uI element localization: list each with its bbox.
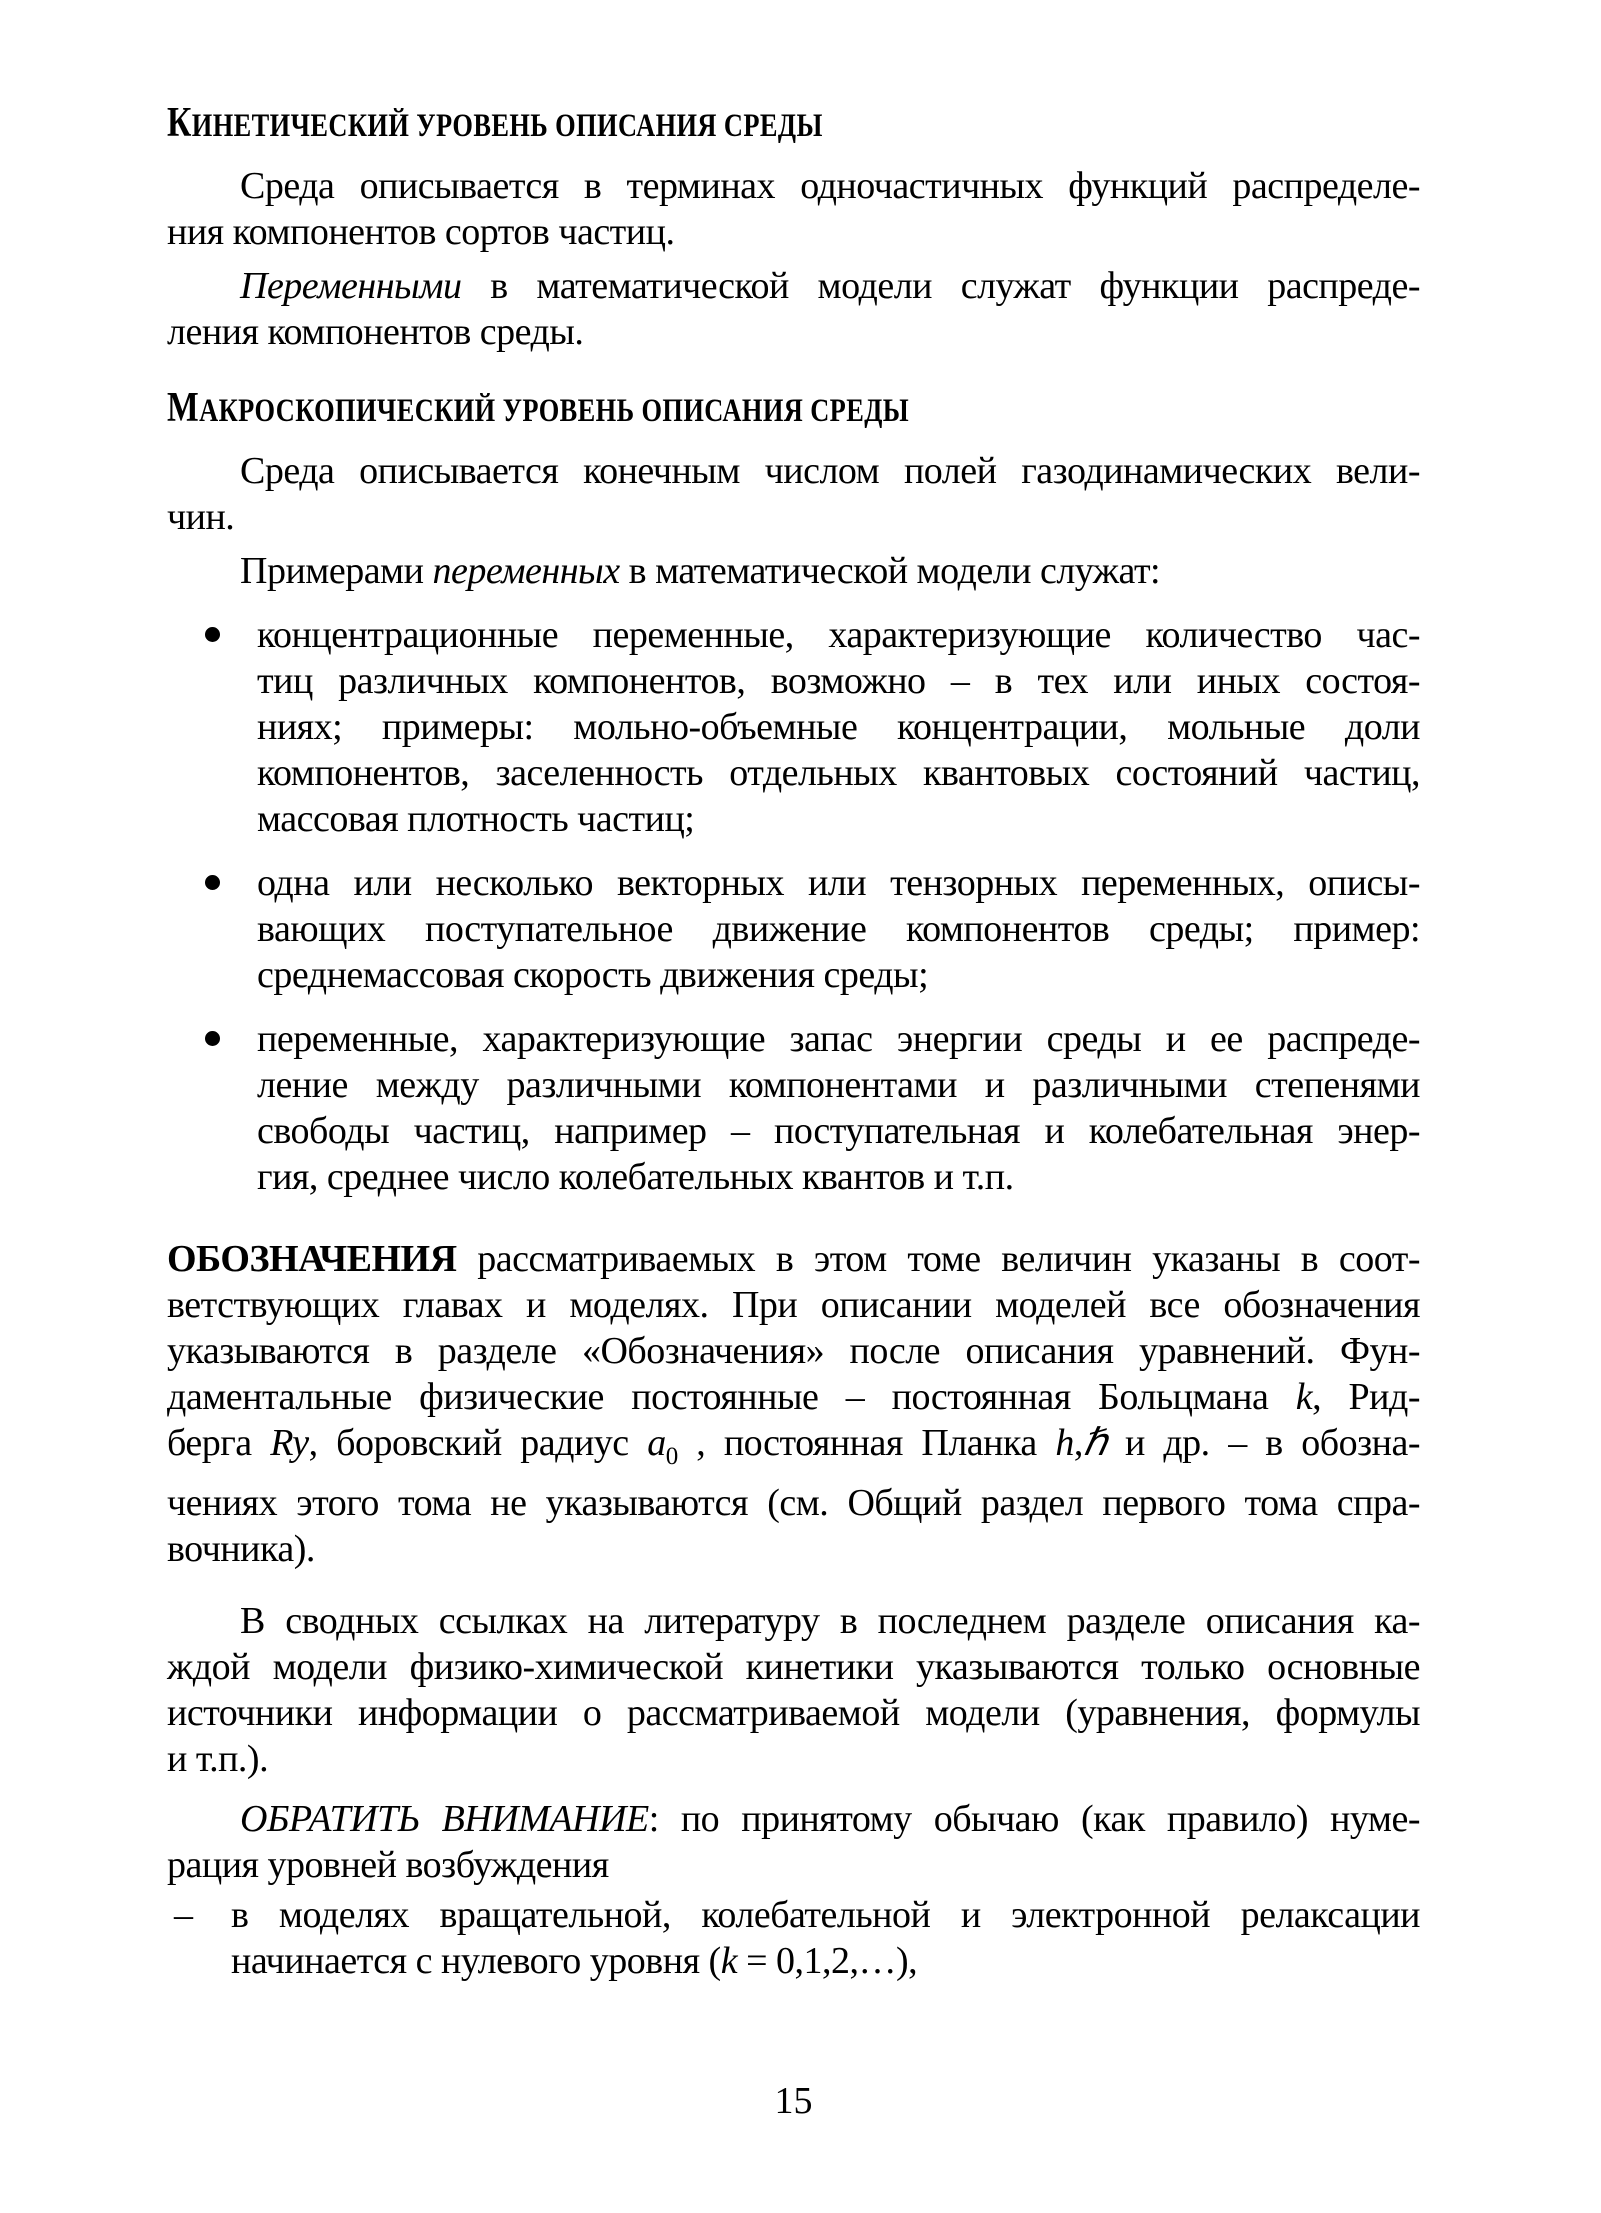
text-line: источники информации о рассматриваемой м… <box>167 1690 1420 1736</box>
text-line: вочника). <box>167 1526 1420 1572</box>
text-segment: рассматриваемых в этом томе величин указ… <box>457 1238 1420 1280</box>
text-line: берга Ry, боровский радиус a0 , постоянн… <box>167 1420 1420 1480</box>
text-segment: переменных <box>432 550 619 592</box>
text-segment: и др. – в обозна- <box>1106 1422 1420 1464</box>
text-line: ния компонентов сортов частиц. <box>167 209 1420 255</box>
text-segment: ниях; примеры: мольно-объемные концентра… <box>257 706 1420 748</box>
text-line: компонентов, заселенность отдельных кван… <box>257 750 1420 796</box>
paragraph-examples-intro: Примерами переменных в математической мо… <box>167 548 1420 594</box>
text-line: свободы частиц, например – поступательна… <box>257 1108 1420 1154</box>
text-line: даментальные физические постоянные – пос… <box>167 1374 1420 1420</box>
text-line: Среда описывается в терминах одночастичн… <box>167 163 1420 209</box>
text-segment: k <box>1296 1376 1312 1418</box>
text-segment: рация уровней возбуждения <box>167 1844 609 1886</box>
text-line: Примерами переменных в математической мо… <box>167 548 1420 594</box>
text-segment: Среда описывается в терминах одночастичн… <box>240 165 1420 207</box>
page-number: 15 <box>167 2078 1420 2124</box>
text-line: чин. <box>167 494 1420 540</box>
section-heading-macroscopic-level: МАКРОСКОПИЧЕСКИЙ УРОВЕНЬ ОПИСАНИЯ СРЕДЫ <box>167 385 1420 434</box>
text-segment: : по принятому обычаю (как правило) нуме… <box>649 1798 1420 1840</box>
text-segment: ждой модели физико-химической кинетики у… <box>167 1646 1420 1688</box>
text-segment: переменные, характеризующие запас энерги… <box>257 1018 1420 1060</box>
bullet-icon <box>205 1031 220 1046</box>
text-segment: концентрационные переменные, характеризу… <box>257 614 1420 656</box>
bullet-item-vector-tensor-variables: одна или несколько векторных или тензорн… <box>167 860 1420 998</box>
text-segment: Переменными <box>240 265 462 307</box>
paragraph-literature-references: В сводных ссылках на литературу в послед… <box>167 1598 1420 1782</box>
text-segment: среднемассовая скорость движения среды; <box>257 954 928 996</box>
text-segment: компонентов, заселенность отдельных кван… <box>257 752 1420 794</box>
paragraph-kinetic-variables: Переменными в математической модели служ… <box>167 263 1420 355</box>
text-segment: В сводных ссылках на литературу в послед… <box>240 1600 1420 1642</box>
text-segment: вающих поступательное движение компонент… <box>257 908 1420 950</box>
text-segment: , Рид- <box>1312 1376 1420 1418</box>
text-segment: ния компонентов сортов частиц. <box>167 211 674 253</box>
text-segment: тиц различных компонентов, возможно – в … <box>257 660 1420 702</box>
text-line: среднемассовая скорость движения среды; <box>257 952 1420 998</box>
text-segment: в моделях вращательной, колебательной и … <box>231 1894 1420 1936</box>
text-segment: массовая плотность частиц; <box>257 798 694 840</box>
text-line: ОБРАТИТЬ ВНИМАНИЕ: по принятому обычаю (… <box>167 1796 1420 1842</box>
text-line: переменные, характеризующие запас энерги… <box>257 1016 1420 1062</box>
text-segment: берга <box>167 1422 270 1464</box>
text-segment: , <box>1074 1422 1083 1464</box>
text-line: ниях; примеры: мольно-объемные концентра… <box>257 704 1420 750</box>
text-line: чениях этого тома не указываются (см. Об… <box>167 1480 1420 1526</box>
text-segment: источники информации о рассматриваемой м… <box>167 1692 1420 1734</box>
text-segment: Среда описывается конечным числом полей … <box>240 450 1420 492</box>
dash-marker: – <box>174 1892 193 1938</box>
heading-line: КИНЕТИЧЕСКИЙ УРОВЕНЬ ОПИСАНИЯ СРЕДЫ <box>167 100 1420 149</box>
dash-item-relaxation-models: –в моделях вращательной, колебательной и… <box>167 1892 1420 1984</box>
text-segment: свободы частиц, например – поступательна… <box>257 1110 1420 1152</box>
text-line: концентрационные переменные, характеризу… <box>257 612 1420 658</box>
text-segment: Примерами <box>240 550 432 592</box>
text-line: вающих поступательное движение компонент… <box>257 906 1420 952</box>
text-segment: ления компонентов среды. <box>167 311 583 353</box>
text-segment: чин. <box>167 496 234 538</box>
bullet-item-energy-variables: переменные, характеризующие запас энерги… <box>167 1016 1420 1200</box>
text-segment: a <box>647 1422 666 1464</box>
text-segment: k <box>721 1940 737 1982</box>
text-segment: указываются в разделе «Обозначения» посл… <box>167 1330 1420 1372</box>
text-segment: ветствующих главах и моделях. При описан… <box>167 1284 1420 1326</box>
text-segment: в математической модели служат функции р… <box>462 265 1420 307</box>
bullet-item-concentration-variables: концентрационные переменные, характеризу… <box>167 612 1420 842</box>
text-segment: , боровский радиус <box>309 1422 648 1464</box>
text-segment: гия, среднее число колебательных квантов… <box>257 1156 1014 1198</box>
bullet-icon <box>205 875 220 890</box>
text-segment: 0 <box>666 1443 678 1470</box>
bullet-icon <box>205 627 220 642</box>
document-page: КИНЕТИЧЕСКИЙ УРОВЕНЬ ОПИСАНИЯ СРЕДЫСреда… <box>0 0 1601 2213</box>
text-segment: одна или несколько векторных или тензорн… <box>257 862 1420 904</box>
text-line: ветствующих главах и моделях. При описан… <box>167 1282 1420 1328</box>
text-line: ления компонентов среды. <box>167 309 1420 355</box>
text-segment: начинается с нулевого уровня ( <box>231 1940 721 1982</box>
text-line: ление между различными компонентами и ра… <box>257 1062 1420 1108</box>
text-line: рация уровней возбуждения <box>167 1842 1420 1888</box>
text-segment: ОБОЗНАЧЕНИЯ <box>167 1238 457 1280</box>
paragraph-macroscopic-description: Среда описывается конечным числом полей … <box>167 448 1420 540</box>
text-segment: ℏ <box>1083 1422 1107 1464</box>
text-segment: ление между различными компонентами и ра… <box>257 1064 1420 1106</box>
text-segment: h <box>1055 1422 1074 1464</box>
text-line: массовая плотность частиц; <box>257 796 1420 842</box>
text-segment: вочника). <box>167 1528 315 1570</box>
text-segment: ОБРАТИТЬ ВНИМАНИЕ <box>240 1798 649 1840</box>
text-line: указываются в разделе «Обозначения» посл… <box>167 1328 1420 1374</box>
text-segment: чениях этого тома не указываются (см. Об… <box>167 1482 1420 1524</box>
text-line: гия, среднее число колебательных квантов… <box>257 1154 1420 1200</box>
text-segment: Ry <box>270 1422 308 1464</box>
text-line: В сводных ссылках на литературу в послед… <box>167 1598 1420 1644</box>
text-line: Переменными в математической модели служ… <box>167 263 1420 309</box>
paragraph-attention-note: ОБРАТИТЬ ВНИМАНИЕ: по принятому обычаю (… <box>167 1796 1420 1888</box>
heading-line: МАКРОСКОПИЧЕСКИЙ УРОВЕНЬ ОПИСАНИЯ СРЕДЫ <box>167 385 1420 434</box>
text-segment: в математической модели служат: <box>620 550 1160 592</box>
page-body: КИНЕТИЧЕСКИЙ УРОВЕНЬ ОПИСАНИЯ СРЕДЫСреда… <box>167 100 1420 1984</box>
text-line: Среда описывается конечным числом полей … <box>167 448 1420 494</box>
paragraph-kinetic-description: Среда описывается в терминах одночастичн… <box>167 163 1420 255</box>
text-line: ОБОЗНАЧЕНИЯ рассматриваемых в этом томе … <box>167 1236 1420 1282</box>
text-line: тиц различных компонентов, возможно – в … <box>257 658 1420 704</box>
heading-text: КИНЕТИЧЕСКИЙ УРОВЕНЬ ОПИСАНИЯ СРЕДЫ <box>167 100 823 149</box>
section-heading-kinetic-level: КИНЕТИЧЕСКИЙ УРОВЕНЬ ОПИСАНИЯ СРЕДЫ <box>167 100 1420 149</box>
text-segment: и т.п.). <box>167 1738 268 1780</box>
text-line: ждой модели физико-химической кинетики у… <box>167 1644 1420 1690</box>
text-line: одна или несколько векторных или тензорн… <box>257 860 1420 906</box>
paragraph-notation: ОБОЗНАЧЕНИЯ рассматриваемых в этом томе … <box>167 1236 1420 1572</box>
text-line: в моделях вращательной, колебательной и … <box>231 1892 1420 1938</box>
heading-text: МАКРОСКОПИЧЕСКИЙ УРОВЕНЬ ОПИСАНИЯ СРЕДЫ <box>167 385 909 434</box>
text-segment: даментальные физические постоянные – пос… <box>167 1376 1296 1418</box>
text-segment: , постоянная Планка <box>678 1422 1056 1464</box>
text-line: начинается с нулевого уровня (k = 0,1,2,… <box>231 1938 1420 1984</box>
text-segment: = 0,1,2,…), <box>737 1940 917 1982</box>
text-line: и т.п.). <box>167 1736 1420 1782</box>
